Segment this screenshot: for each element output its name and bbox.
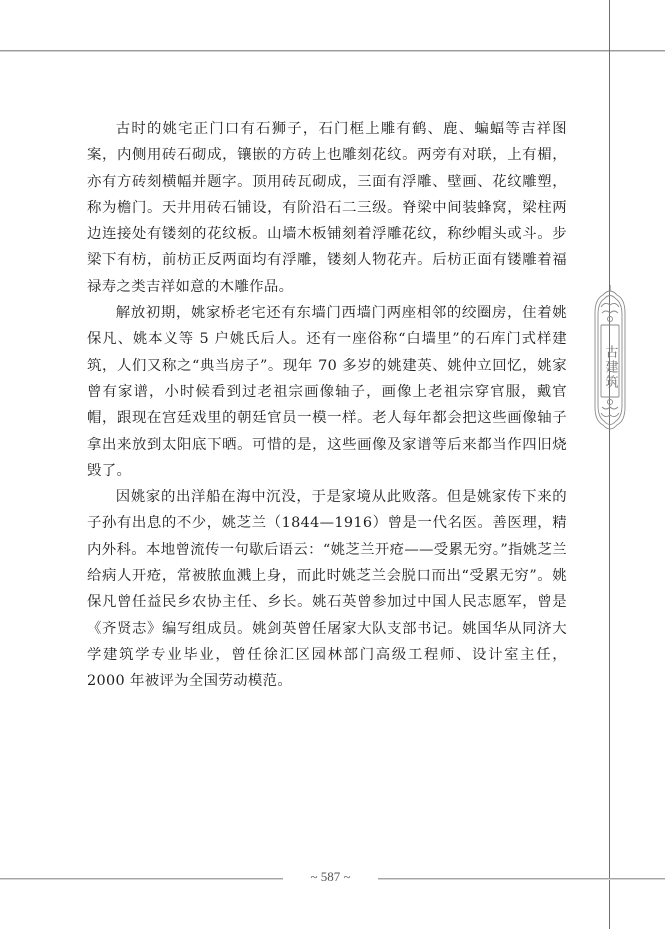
page-number: ~ 587 ~ <box>283 869 378 885</box>
margin-vertical-rule <box>609 0 610 929</box>
section-side-tab: 古建筑 <box>589 285 631 435</box>
header-rule <box>0 50 665 52</box>
body-text: 古时的姚宅正门口有石狮子，石门框上雕有鹤、鹿、蝙蝠等吉祥图案，内侧用砖石砌成，镶… <box>87 116 567 695</box>
footer-rule-left <box>0 878 283 880</box>
paragraph-2: 解放初期，姚家桥老宅还有东墙门西墙门两座相邻的绞圈房，住着姚保凡、姚本义等 5 … <box>87 300 567 484</box>
side-tab-label: 古建筑 <box>589 337 631 397</box>
paragraph-3: 因姚家的出洋船在海中沉没，于是家境从此败落。但是姚家传下来的子孙有出息的不少，姚… <box>87 484 567 694</box>
footer-rule-right <box>378 878 665 880</box>
paragraph-1: 古时的姚宅正门口有石狮子，石门框上雕有鹤、鹿、蝙蝠等吉祥图案，内侧用砖石砌成，镶… <box>87 116 567 300</box>
